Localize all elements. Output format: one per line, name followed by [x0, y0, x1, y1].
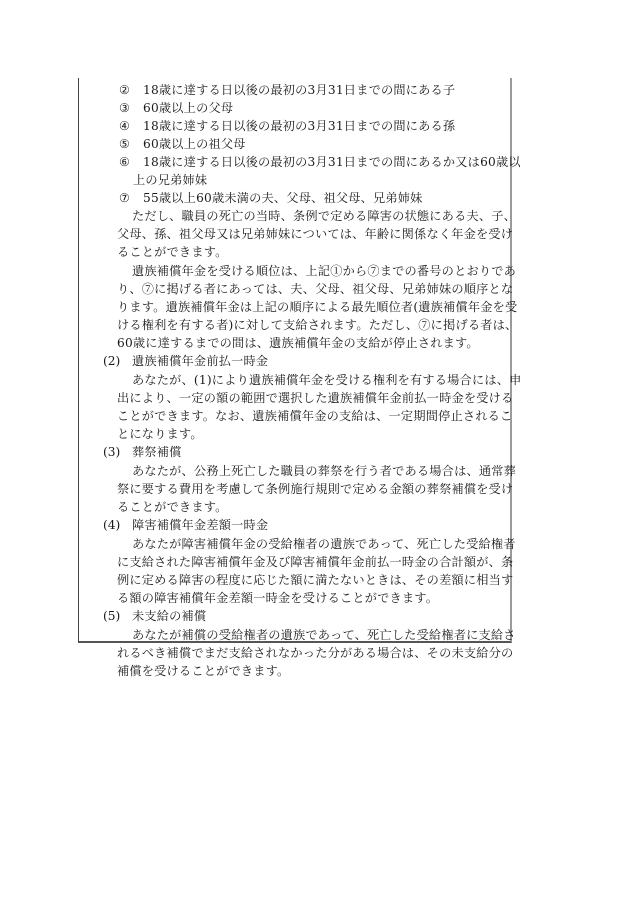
- section-heading: 障害補償年金差額一時金: [132, 518, 268, 532]
- section-line: ることができます。: [117, 500, 228, 514]
- list-marker: ②: [119, 83, 130, 97]
- list-item-text: 18歳に達する日以後の最初の3月31日までの間にあるか又は60歳以: [143, 155, 521, 169]
- list-marker: ③: [119, 101, 130, 115]
- section-line: れるべき補償でまだ支給されなかった分がある場合は、その未支給分の: [117, 646, 513, 660]
- section-heading: 未支給の補償: [132, 609, 206, 623]
- paragraph-line: 父母、孫、祖父母又は兄弟姉妹については、年齢に関係なく年金を受け: [117, 227, 513, 241]
- section-line: ことができます。なお、遺族補償年金の支給は、一定期間停止されるこ: [117, 409, 512, 423]
- section-number: (4): [103, 518, 120, 532]
- list-marker: ⑦: [119, 191, 130, 205]
- list-item-text: 55歳以上60歳未満の夫、父母、祖父母、兄弟姉妹: [143, 191, 423, 205]
- section-line: あなたが、(1)により遺族補償年金を受ける権利を有する場合には、申: [132, 373, 522, 387]
- list-marker: ⑥: [119, 155, 130, 169]
- section-line: あなたが障害補償年金の受給権者の遺族であって、死亡した受給権者: [132, 537, 516, 551]
- paragraph-line: ります。遺族補償年金は上記の順序による最先順位者(遺族補償年金を受: [117, 300, 517, 314]
- list-item-text: 60歳以上の祖父母: [143, 137, 246, 151]
- paragraph-line: 60歳に達するまでの間は、遺族補償年金の支給が停止されます。: [117, 336, 479, 350]
- section-number: (2): [103, 354, 120, 368]
- section-line: 出により、一定の額の範囲で選択した遺族補償年金前払一時金を受ける: [117, 391, 513, 405]
- paragraph-line: ける権利を有する者)に対して支給されます。ただし、⑦に掲げる者は、: [117, 318, 517, 332]
- list-item-continuation: 上の兄弟姉妹: [133, 173, 207, 187]
- section-line: あなたが補償の受給権者の遺族であって、死亡した受給権者に支給さ: [132, 628, 516, 642]
- list-item-text: 60歳以上の父母: [143, 101, 233, 115]
- section-line: 祭に要する費用を考慮して条例施行規則で定める金額の葬祭補償を受け: [117, 482, 513, 496]
- list-item-text: 18歳に達する日以後の最初の3月31日までの間にある子: [143, 83, 455, 97]
- section-line: 例に定める障害の程度に応じた額に満たないときは、その差額に相当す: [117, 573, 513, 587]
- section-line: とになります。: [117, 427, 203, 441]
- section-heading: 葬祭補償: [132, 445, 182, 459]
- paragraph-line: ただし、職員の死亡の当時、条例で定める障害の状態にある夫、子、: [132, 209, 516, 223]
- section-line: 補償を受けることができます。: [117, 664, 289, 678]
- section-number: (3): [103, 445, 120, 459]
- list-item-text: 18歳に達する日以後の最初の3月31日までの間にある孫: [143, 119, 455, 133]
- section-number: (5): [103, 609, 120, 623]
- list-marker: ④: [119, 119, 130, 133]
- list-marker: ⑤: [119, 137, 130, 151]
- section-line: る額の障害補償年金差額一時金を受けることができます。: [117, 591, 438, 605]
- section-line: あなたが、公務上死亡した職員の葬祭を行う者である場合は、通常葬: [132, 464, 516, 478]
- paragraph-line: ることができます。: [117, 245, 228, 259]
- section-heading: 遺族補償年金前払一時金: [132, 354, 268, 368]
- paragraph-line: り、⑦に掲げる者にあっては、夫、父母、祖父母、兄弟姉妹の順序とな: [117, 282, 513, 296]
- section-line: に支給された障害補償年金及び障害補償年金前払一時金の合計額が、条: [117, 555, 513, 569]
- paragraph-line: 遺族補償年金を受ける順位は、上記①から⑦までの番号のとおりであ: [132, 264, 516, 278]
